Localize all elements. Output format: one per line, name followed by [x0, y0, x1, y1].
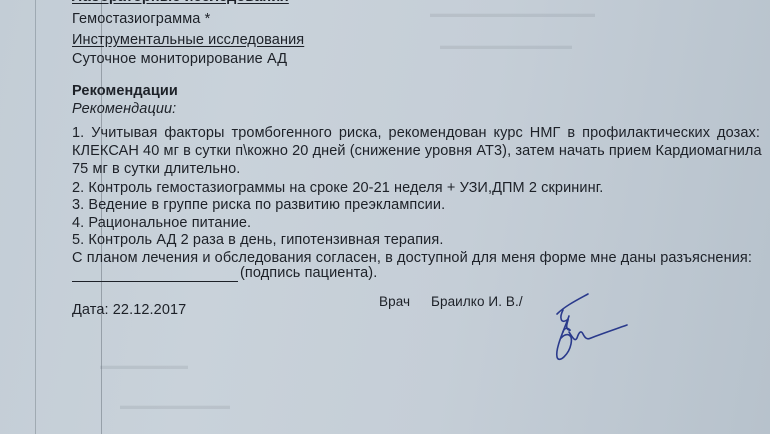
- patient-signature-caption: (подпись пациента).: [240, 265, 377, 281]
- consent-text: С планом лечения и обследования согласен…: [72, 250, 752, 266]
- paper-fold-line: [35, 0, 36, 434]
- doctor-name: Браилко И. В./: [431, 294, 523, 309]
- recommendation-item-1-line-3: 75 мг в сутки длительно.: [72, 161, 240, 177]
- recommendations-title: Рекомендации: [72, 83, 178, 99]
- recommendation-item-4: 4. Рациональное питание.: [72, 215, 251, 231]
- recommendation-item-3: 3. Ведение в группе риска по развитию пр…: [72, 197, 445, 213]
- bleed-through-text: ▬▬▬▬▬▬▬▬: [100, 360, 188, 372]
- recommendation-item-5: 5. Контроль АД 2 раза в день, гипотензив…: [72, 232, 443, 248]
- recommendation-item-1-line-1: 1. Учитывая факторы тромбогенного риска,…: [72, 125, 760, 141]
- bleed-through-text: ▬▬▬▬▬▬▬▬▬▬▬▬▬▬▬: [430, 8, 595, 20]
- bleed-through-text: ▬▬▬▬▬▬▬▬▬▬: [120, 400, 230, 412]
- recommendations-subtitle: Рекомендации:: [72, 101, 176, 117]
- lab-tests-heading: Лабораторные исследования: [72, 0, 289, 5]
- doctor-label: Врач: [379, 294, 410, 309]
- recommendation-item-2: 2. Контроль гемостазиограммы на сроке 20…: [72, 180, 603, 196]
- instrumental-tests-heading: Инструментальные исследования: [72, 32, 304, 48]
- bleed-through-text: ▬▬▬▬▬▬▬▬▬▬▬▬: [440, 40, 572, 52]
- doctor-signature: [555, 288, 675, 368]
- patient-signature-line: [72, 281, 238, 282]
- lab-test-item: Гемостазиограмма *: [72, 11, 210, 27]
- recommendation-item-1-line-2: КЛЕКСАН 40 мг в сутки п\кожно 20 дней (с…: [72, 143, 760, 159]
- document-date: Дата: 22.12.2017: [72, 302, 186, 318]
- instrumental-test-item: Суточное мониторирование АД: [72, 51, 287, 67]
